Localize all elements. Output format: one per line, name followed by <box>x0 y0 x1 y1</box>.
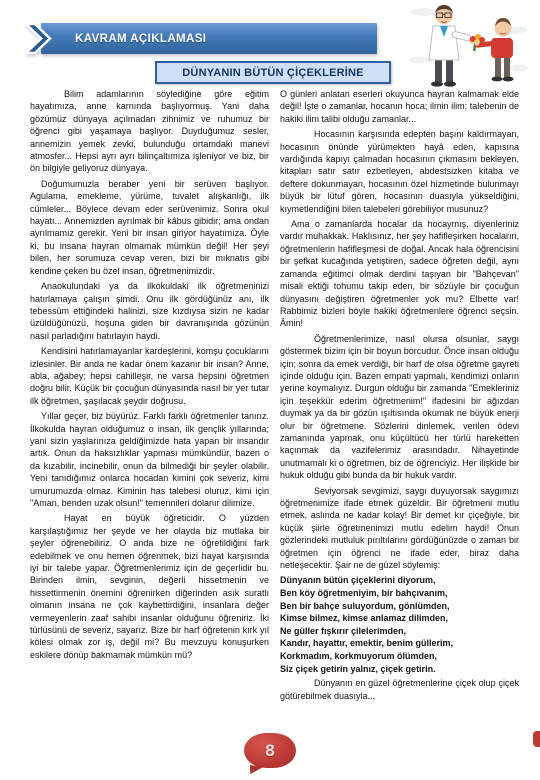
page-number: 8 <box>265 741 274 761</box>
right-column: O günleri anlatan eserleri okuyunca hayr… <box>280 88 519 705</box>
poem-line: Siz çiçek getirin yalnız, çiçek getirin. <box>280 663 519 676</box>
article-body: Bilim adamlarının söylediğine göre eğiti… <box>30 88 520 705</box>
paragraph: Ama o zamanlarda hocalar da hocaymış, di… <box>280 218 519 330</box>
poem: Dünyanın bütün çiçeklerini diyorum, Ben … <box>280 574 519 675</box>
student-figure <box>474 18 513 81</box>
paragraph: O günleri anlatan eserleri okuyunca hayr… <box>280 88 519 125</box>
paragraph: Seviyorsak sevgimizi, saygı duyuyorsak s… <box>280 485 519 572</box>
poem-line: Kandır, hayattır, emektir, benim gülleri… <box>280 637 519 650</box>
teacher-student-illustration <box>403 2 535 88</box>
left-column: Bilim adamlarının söylediğine göre eğiti… <box>30 88 269 705</box>
paragraph: Anaokulundaki ya da ilkokuldaki ilk öğre… <box>30 280 269 342</box>
right-edge-mark <box>533 731 540 747</box>
paragraph: Doğumumuzla beraber yeni bir serüven baş… <box>30 178 269 277</box>
closing-paragraph: Dünyanın en güzel öğretmenlerine çiçek o… <box>280 677 519 702</box>
paragraph: Yıllar geçer, biz büyürüz. Farklı farklı… <box>30 410 269 509</box>
paragraph: Hocasının karşısında edepten başını kald… <box>280 128 519 215</box>
document-page: KAVRAM AÇIKLAMASI <box>0 0 540 780</box>
poem-line: Ben bir bahçe suluyordum, gönlümden, <box>280 600 519 613</box>
section-banner: KAVRAM AÇIKLAMASI <box>25 23 377 54</box>
poem-line: Ben köy öğretmeniyim, bir bahçıvanım, <box>280 587 519 600</box>
section-banner-label: KAVRAM AÇIKLAMASI <box>75 33 206 45</box>
article-title: DÜNYANIN BÜTÜN ÇİÇEKLERİNE <box>182 67 363 79</box>
section-banner-bar: KAVRAM AÇIKLAMASI <box>41 23 377 54</box>
teacher-figure <box>429 5 475 87</box>
page-number-badge: 8 <box>244 733 296 768</box>
poem-line: Dünyanın bütün çiçeklerini diyorum, <box>280 574 519 587</box>
poem-line: Ne güller fışkırır çilelerimden, <box>280 625 519 638</box>
paragraph: Bilim adamlarının söylediğine göre eğiti… <box>30 88 269 175</box>
poem-line: Korkmadım, korkmuyorum ölümden, <box>280 650 519 663</box>
poem-line: Kimse bilmez, kimse anlamaz dilimden, <box>280 612 519 625</box>
paragraph: Öğretmenlerimize, nasıl olursa olsunlar,… <box>280 333 519 482</box>
paragraph: Kendisini hatırlamayanlar kardeşlerini, … <box>30 345 269 407</box>
paragraph: Hayat en büyük öğreticidir. O yüzden kar… <box>30 512 269 661</box>
chevron-right-icon <box>25 23 53 54</box>
article-title-box: DÜNYANIN BÜTÜN ÇİÇEKLERİNE <box>155 61 391 84</box>
